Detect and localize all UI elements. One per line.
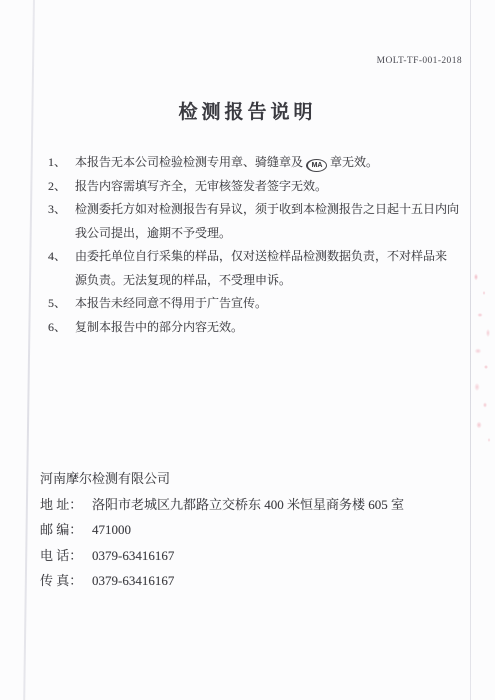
scanned-document-page: MOLT-TF-001-2018 检测报告说明 1、 本报告无本公司检验检测专用… [0, 0, 495, 700]
red-stamp-bleed [468, 255, 495, 450]
contact-label: 电 话： [40, 543, 92, 569]
doc-number: MOLT-TF-001-2018 [377, 56, 462, 66]
notes-list: 1、 本报告无本公司检验检测专用章、骑缝章及 MA 章无效。 2、 报告内容需填… [48, 151, 468, 339]
list-item: 2、 报告内容需填写齐全，无审核签发者签字无效。 [48, 175, 468, 199]
contact-label: 邮 编： [40, 517, 92, 543]
list-item-text: 本报告未经同意不得用于广告宣传。 [75, 296, 267, 310]
contact-value: 471000 [92, 522, 131, 537]
contact-label: 地 址： [40, 492, 92, 518]
contact-value: 洛阳市老城区九都路立交桥东 400 米恒星商务楼 605 室 [92, 497, 404, 512]
company-contact-block: 河南摩尔检测有限公司 地 址：洛阳市老城区九都路立交桥东 400 米恒星商务楼 … [40, 466, 460, 594]
list-item-number: 5、 [48, 292, 66, 316]
list-item: 3、 检测委托方如对检测报告有异议，须于收到本检测报告之日起十五日内向 我公司提… [48, 198, 468, 245]
list-item: 5、 本报告未经同意不得用于广告宣传。 [48, 292, 468, 316]
cma-mark-label: MA [312, 162, 323, 169]
list-item-text: 检测委托方如对检测报告有异议，须于收到本检测报告之日起十五日内向 我公司提出，逾… [75, 202, 459, 240]
contact-row: 传 真：0379-63416167 [40, 568, 460, 594]
list-item-number: 6、 [48, 316, 66, 340]
list-item-text: 报告内容需填写齐全，无审核签发者签字无效。 [75, 179, 327, 193]
list-item-number: 1、 [48, 151, 66, 175]
list-item: 1、 本报告无本公司检验检测专用章、骑缝章及 MA 章无效。 [48, 151, 468, 175]
list-item-text-after: 章无效。 [327, 155, 378, 169]
contact-value: 0379-63416167 [92, 548, 174, 563]
page-title: 检测报告说明 [0, 97, 495, 124]
contact-row: 邮 编：471000 [40, 517, 460, 543]
list-item-number: 3、 [48, 198, 66, 222]
list-item: 4、 由委托单位自行采集的样品，仅对送检样品检测数据负责，不对样品来 源负责。无… [48, 245, 468, 292]
list-item: 6、 复制本报告中的部分内容无效。 [48, 316, 468, 340]
list-item-number: 4、 [48, 245, 66, 269]
contact-row: 地 址：洛阳市老城区九都路立交桥东 400 米恒星商务楼 605 室 [40, 492, 460, 518]
list-item-number: 2、 [48, 175, 66, 199]
list-item-text: 复制本报告中的部分内容无效。 [75, 320, 243, 334]
list-item-text: 本报告无本公司检验检测专用章、骑缝章及 MA 章无效。 [75, 155, 378, 169]
list-item-text: 由委托单位自行采集的样品，仅对送检样品检测数据负责，不对样品来 源负责。无法复现… [75, 249, 447, 287]
contact-row: 电 话：0379-63416167 [40, 543, 460, 569]
list-item-text-before: 本报告无本公司检验检测专用章、骑缝章及 [75, 155, 306, 169]
company-name: 河南摩尔检测有限公司 [40, 466, 460, 492]
cma-mark-icon: MA [306, 159, 327, 172]
contact-value: 0379-63416167 [92, 573, 174, 588]
contact-label: 传 真： [40, 568, 92, 594]
